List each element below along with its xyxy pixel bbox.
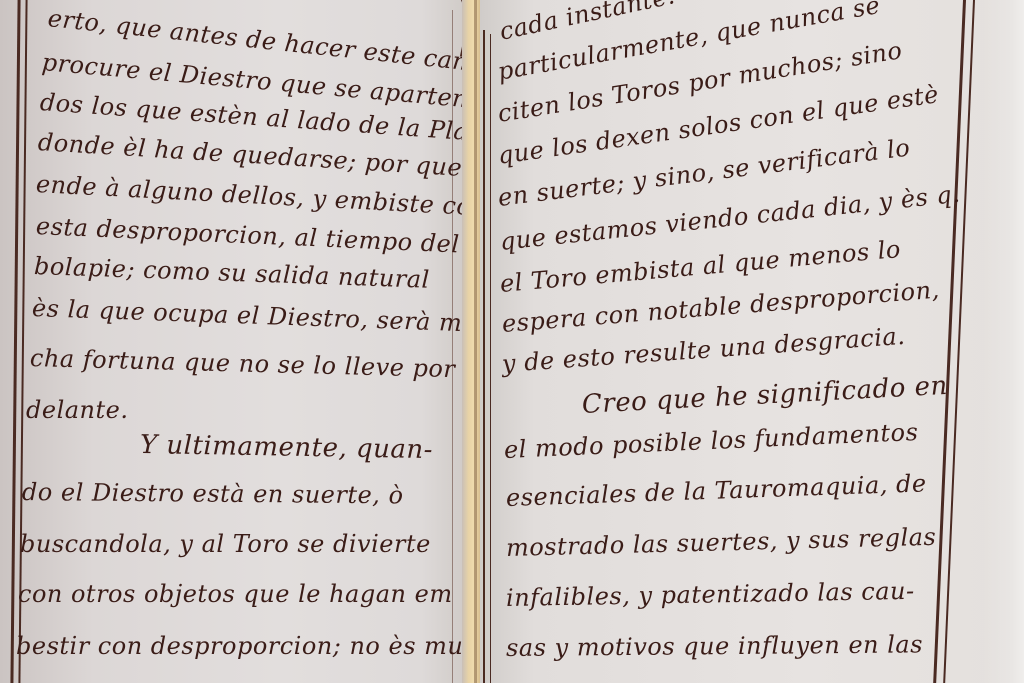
right-page-edge: [984, 0, 1024, 683]
left-line-12: do el Diestro està en suerte, ò: [22, 478, 404, 509]
left-line-9: cha fortuna que no se lo lleve por: [30, 344, 456, 383]
left-line-7: bolapie; como su salida natural: [34, 252, 431, 294]
right-line-15: sas y motivos que influyen en las: [506, 630, 923, 662]
left-line-14: con otros objetos que le hagan em: [18, 580, 453, 608]
open-book: erto, que antes de hacer este cambi proc…: [0, 0, 1024, 683]
left-page: erto, que antes de hacer este cambi proc…: [0, 0, 468, 683]
left-line-8: ès la que ocupa el Diestro, serà mu: [32, 294, 468, 338]
gutter-shadow: [474, 0, 477, 683]
left-line-10: delante.: [26, 396, 128, 424]
left-line-6: esta desproporcion, al tiempo del: [35, 212, 460, 258]
right-page-frame-inner-left: [490, 34, 491, 683]
left-line-15: bestir con desproporcion; no ès mu: [16, 632, 463, 660]
left-line-11-paragraph-start: Y ultimamente, quan-: [140, 430, 433, 465]
right-page-frame-outer-left: [483, 30, 485, 683]
left-line-13: buscandola, y al Toro se divierte: [20, 530, 431, 558]
